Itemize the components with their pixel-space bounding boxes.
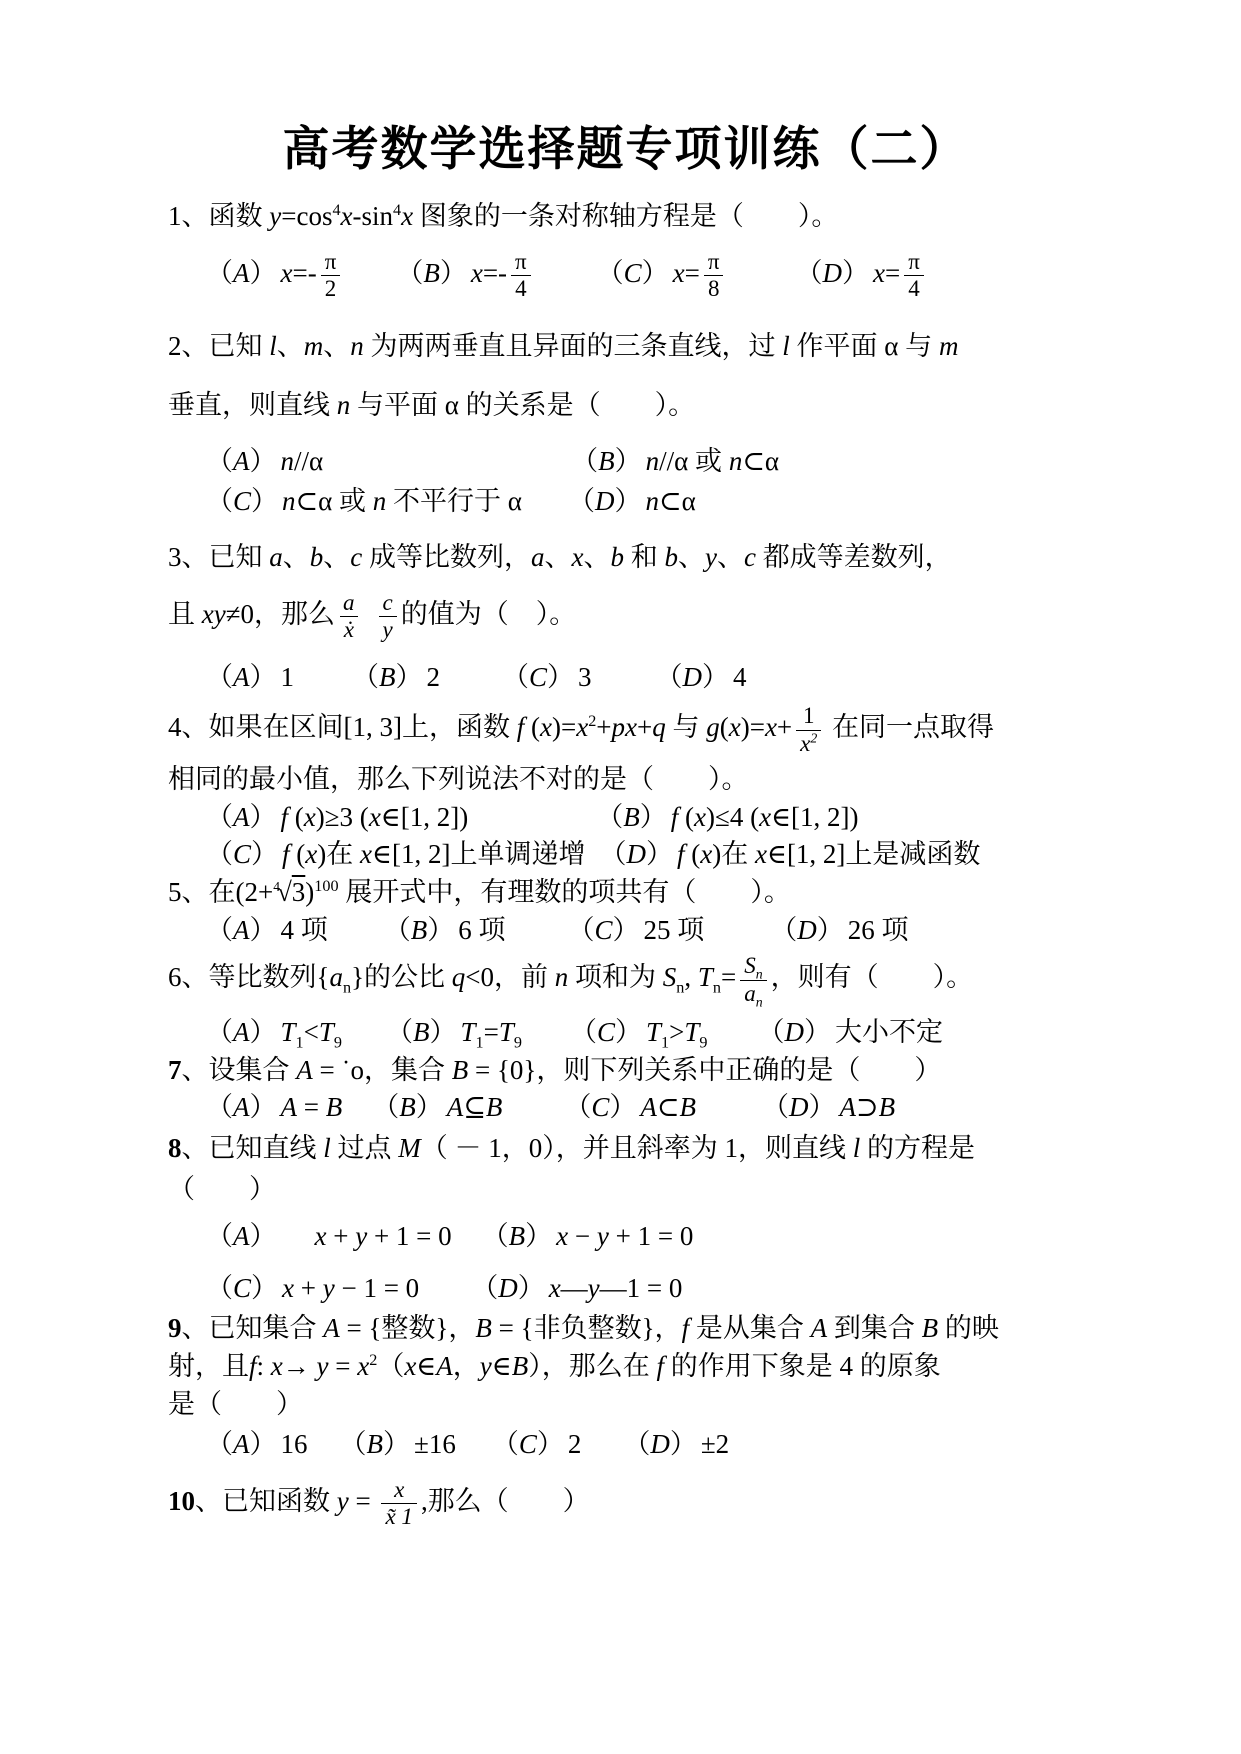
text-run: = — [349, 1486, 378, 1516]
math-var: x — [281, 258, 293, 288]
text-run: ⊂α 或 — [296, 486, 373, 516]
option-label: （D） — [770, 915, 844, 945]
text-run: 、 — [323, 542, 350, 572]
math-var: b — [664, 542, 678, 572]
option-label: （A） — [206, 258, 277, 288]
text-run: 过点 — [331, 1133, 399, 1163]
text-run: 、 — [283, 542, 310, 572]
radical: 4√3 — [273, 877, 305, 907]
math-var: x — [357, 1351, 369, 1381]
text-run: ( — [524, 712, 540, 742]
math-var: x — [315, 1221, 327, 1251]
text-run: 、 — [678, 542, 705, 572]
math-var: A — [323, 1313, 340, 1343]
text-run: 是从集合 — [689, 1313, 811, 1343]
spacer — [522, 509, 568, 510]
math-var: A — [640, 1092, 657, 1122]
math-var: f — [282, 839, 290, 869]
text-run: 图象的一条对称轴方程是（ ）。 — [413, 201, 838, 231]
q3-stem-line1: 3、已知 a、b、c 成等比数列，a、x、b 和 b、y、c 都成等差数列， — [168, 540, 1083, 576]
math-var: B — [879, 1092, 896, 1122]
q9-stem-line3: 是（ ） — [168, 1387, 1083, 1423]
option-label: （A） — [206, 1017, 277, 1047]
math-var: y — [337, 1486, 349, 1516]
q9-stem-line1: 9、已知集合 A = {整数}，B = {非负整数}，f 是从集合 A 到集合 … — [168, 1311, 1083, 1347]
text-run: )= — [552, 712, 576, 742]
math-var: T — [684, 1017, 699, 1047]
q4-options-cd: （C）f (x)在 x∈[1, 2]上单调递增（D）f (x)在 x∈[1, 2… — [168, 837, 1083, 873]
math-var: x — [341, 201, 353, 231]
option-label: （B） — [340, 1429, 411, 1459]
math-var: x — [282, 1273, 294, 1303]
question-number: 7 — [168, 1055, 182, 1085]
text-run: 25 项 — [644, 915, 705, 945]
math-var: x — [873, 258, 885, 288]
option-label: （A） — [206, 915, 277, 945]
option-label: （C） — [502, 662, 574, 692]
text-run: — — [561, 1273, 588, 1303]
text-run: =- — [292, 258, 316, 288]
spacer — [581, 1452, 623, 1453]
q2-stem-line2: 垂直，则直线 n 与平面 α 的关系是（ ）。 — [168, 388, 1083, 424]
text-run: 、 — [544, 542, 571, 572]
text-run: 在同一点取得 — [825, 712, 994, 742]
text-run: ≠0，那么 — [226, 599, 335, 629]
text-run: )在 — [712, 839, 755, 869]
math-var: T — [460, 1017, 475, 1047]
text-run: 26 项 — [848, 915, 909, 945]
text-run: )= — [741, 712, 765, 742]
text-run: 的值为（ ）。 — [401, 599, 577, 629]
text-run: 2、已知 — [168, 331, 269, 361]
text-run: -sin — [353, 201, 394, 231]
question-number: 9 — [168, 1313, 182, 1343]
math-var: f — [657, 1351, 665, 1381]
fraction: aẋ — [339, 590, 359, 644]
text-run: 展开式中，有理数的项共有（ ）。 — [339, 877, 791, 907]
math-var: B — [475, 1313, 492, 1343]
subscript: 9 — [699, 1033, 707, 1051]
math-var: px — [612, 712, 637, 742]
text-run: 的映 — [938, 1313, 999, 1343]
spacer — [522, 1040, 570, 1041]
text-run: ∈[1, 2]) — [771, 802, 858, 832]
option-label: （B） — [384, 915, 455, 945]
spacer — [363, 622, 375, 623]
text-run: （ － 1，0），并且斜率为 1，则直线 — [421, 1133, 853, 1163]
q8-stem-line2: （ ） — [168, 1172, 1083, 1208]
text-run: 、 — [583, 542, 610, 572]
math-var: c — [744, 542, 756, 572]
text-run: 3 — [578, 662, 592, 692]
math-var: x — [404, 1351, 416, 1381]
math-var: m — [304, 331, 324, 361]
superscript: 4 — [332, 201, 340, 219]
spacer — [468, 825, 596, 826]
text-run: 6、等比数列{ — [168, 962, 329, 992]
spacer — [502, 1115, 564, 1116]
q9-stem-line2: 射，且f: x→ y = x2（x∈A，y∈B），那么在 f 的作用下象是 4 … — [168, 1349, 1083, 1385]
option-label: （A） — [206, 446, 277, 476]
math-var: x — [576, 712, 588, 742]
math-var: y — [597, 1221, 609, 1251]
text-run: )在 — [317, 839, 360, 869]
text-run: = — [484, 1017, 499, 1047]
text-run: ( — [720, 712, 729, 742]
text-run: ⊆ — [463, 1092, 486, 1122]
spacer — [440, 685, 502, 686]
math-var: n — [337, 390, 351, 420]
q1-stem: 1、函数 y=cos4x-sin4x 图象的一条对称轴方程是（ ）。 — [168, 199, 1083, 235]
math-var: n — [373, 486, 387, 516]
text-run: ∈[1, 2]上单调递增 — [372, 839, 585, 869]
text-run: （ ） — [168, 1174, 276, 1204]
q9-options: （A）16（B）±16（C）2（D）±2 — [168, 1427, 1083, 1463]
text-run: + 1 = 0 — [367, 1221, 451, 1251]
spacer — [323, 469, 571, 470]
fraction: xx̃ 1 — [381, 1477, 416, 1531]
text-run: 和 — [624, 542, 665, 572]
math-var: a — [329, 962, 343, 992]
subscript: n — [713, 979, 721, 997]
fraction: Snan — [740, 953, 766, 1007]
math-var: x — [360, 839, 372, 869]
text-run: 不平行于 α — [386, 486, 522, 516]
math-var: y — [588, 1273, 600, 1303]
option-label: （B） — [571, 446, 642, 476]
math-var: T — [698, 962, 713, 992]
text-run: = — [297, 1092, 326, 1122]
question-number: 8 — [168, 1133, 182, 1163]
math-var: y — [705, 542, 717, 572]
text-run: ,那么（ ） — [421, 1486, 590, 1516]
math-var: n — [555, 962, 569, 992]
spacer — [456, 1452, 492, 1453]
text-run: //α 或 — [659, 446, 729, 476]
math-var: A — [436, 1351, 453, 1381]
subscript: 9 — [334, 1033, 342, 1051]
math-var: x — [305, 839, 317, 869]
fraction: π2 — [321, 249, 341, 303]
spacer — [535, 281, 597, 282]
text-run: 射，且 — [168, 1351, 249, 1381]
math-var: x — [700, 839, 712, 869]
text-run: ， — [453, 1351, 480, 1381]
q1-options: （A）x=-π2（B）x=-π4（C）x=π8（D）x=π4 — [168, 249, 1083, 303]
option-label: （D） — [568, 486, 642, 516]
math-var: n — [281, 446, 295, 476]
text-run: }的公比 — [351, 962, 452, 992]
text-run: = {非负整数}， — [492, 1313, 682, 1343]
math-var: x — [571, 542, 583, 572]
q8-stem-line1: 8、已知直线 l 过点 M（ － 1，0），并且斜率为 1，则直线 l 的方程是 — [168, 1131, 1083, 1167]
math-var: f — [249, 1351, 257, 1381]
math-var: A — [281, 1092, 298, 1122]
subscript: 1 — [661, 1033, 669, 1051]
math-var: T — [319, 1017, 334, 1047]
text-run: 是（ ） — [168, 1389, 303, 1419]
text-run: + — [637, 712, 652, 742]
option-label: （D） — [623, 1429, 697, 1459]
math-var: B — [922, 1313, 939, 1343]
math-var: b — [310, 542, 324, 572]
text-run: 大小不定 — [835, 1017, 943, 1047]
math-var: x — [471, 258, 483, 288]
math-var: g — [706, 712, 720, 742]
math-var: x — [556, 1221, 568, 1251]
text-run: 为两两垂直且异面的三条直线，过 — [364, 331, 783, 361]
text-run: 与 — [666, 712, 707, 742]
math-var: l — [782, 331, 790, 361]
text-run: = — [721, 962, 736, 992]
text-run: + — [326, 1221, 355, 1251]
text-run: 、已知函数 — [195, 1486, 337, 1516]
text-run: − 1 = 0 — [335, 1273, 419, 1303]
text-run: ⊂α — [659, 486, 696, 516]
spacer — [281, 1244, 315, 1245]
text-run: )≤4 ( — [706, 802, 759, 832]
math-var: xy — [202, 599, 226, 629]
math-var: A — [296, 1055, 313, 1085]
math-var: a — [531, 542, 545, 572]
q10-stem: 10、已知函数 y = xx̃ 1,那么（ ） — [168, 1477, 1083, 1531]
option-label: （C） — [570, 1017, 642, 1047]
text-run: = {整数}， — [340, 1313, 476, 1343]
math-var: y — [269, 201, 281, 231]
math-var: n — [646, 446, 660, 476]
text-run: 16 — [281, 1429, 308, 1459]
option-label: （B） — [386, 1017, 457, 1047]
text-run: <0，前 — [465, 962, 554, 992]
math-var: q — [452, 962, 466, 992]
text-run: 、 — [323, 331, 350, 361]
q4-stem-line2: 相同的最小值，那么下列说法不对的是（ ）。 — [168, 762, 1083, 798]
text-run: ) — [305, 877, 314, 907]
math-var: A — [840, 1092, 857, 1122]
text-run: 、设集合 — [182, 1055, 297, 1085]
spacer — [344, 281, 396, 282]
text-run: ±2 — [701, 1429, 729, 1459]
math-var: T — [499, 1017, 514, 1047]
text-run: ∈[1, 2]) — [381, 802, 468, 832]
text-run: 相同的最小值，那么下列说法不对的是（ ）。 — [168, 764, 749, 794]
option-label: （C） — [206, 1273, 278, 1303]
exam-page: 高考数学选择题专项训练（二） 1、函数 y=cos4x-sin4x 图象的一条对… — [0, 0, 1241, 1754]
option-label: （A） — [206, 802, 277, 832]
math-var: l — [323, 1133, 331, 1163]
math-var: A — [811, 1313, 828, 1343]
q2-options-ab: （A）n//α（B）n//α 或 n⊂α — [168, 444, 1083, 480]
math-var: n — [282, 486, 296, 516]
text-run: < — [304, 1017, 319, 1047]
text-run: + 1 = 0 — [609, 1221, 693, 1251]
spacer — [294, 685, 352, 686]
text-run: ⊃ — [856, 1092, 879, 1122]
option-label: （C） — [206, 839, 278, 869]
option-label: （D） — [757, 1017, 831, 1047]
text-run: 、 — [277, 331, 304, 361]
text-run: 1、函数 — [168, 201, 269, 231]
text-run: 作平面 α 与 — [790, 331, 939, 361]
math-var: a — [269, 542, 283, 572]
text-run: = — [885, 258, 900, 288]
text-run: 2 — [427, 662, 441, 692]
option-label: （A） — [206, 1092, 277, 1122]
q7-stem: 7、设集合 A = ˙o，集合 B = {0}，则下列关系中正确的是（ ） — [168, 1053, 1083, 1089]
text-run: 1 — [281, 662, 295, 692]
math-var: x — [694, 802, 706, 832]
text-run: 6 项 — [458, 915, 505, 945]
option-label: （C） — [492, 1429, 564, 1459]
math-var: c — [350, 542, 362, 572]
math-var: T — [646, 1017, 661, 1047]
math-var: q — [652, 712, 666, 742]
math-var: y — [480, 1351, 492, 1381]
math-var: f — [682, 1313, 690, 1343]
math-var: B — [452, 1055, 469, 1085]
math-var: y — [355, 1221, 367, 1251]
math-var: B — [486, 1092, 503, 1122]
fraction: π8 — [704, 249, 724, 303]
option-label: （A） — [206, 1429, 277, 1459]
spacer — [707, 1040, 757, 1041]
text-run: 4、如果在区间[1, 3]上，函数 — [168, 712, 517, 742]
math-var: x — [540, 712, 552, 742]
spacer — [342, 1040, 386, 1041]
text-run: + — [777, 712, 792, 742]
option-label: （C） — [206, 486, 278, 516]
superscript: 100 — [314, 877, 338, 895]
math-var: n — [645, 486, 659, 516]
math-var: B — [512, 1351, 529, 1381]
text-run: 成等比数列， — [362, 542, 531, 572]
text-run: ，则有（ ）。 — [771, 962, 974, 992]
subscript: n — [343, 979, 351, 997]
math-var: b — [610, 542, 624, 572]
math-var: A — [447, 1092, 464, 1122]
text-run: 2 — [568, 1429, 582, 1459]
math-var: x — [271, 1351, 283, 1381]
text-run: = ˙o，集合 — [313, 1055, 452, 1085]
text-run: + — [596, 712, 611, 742]
option-label: （D） — [796, 258, 870, 288]
math-var: B — [680, 1092, 697, 1122]
spacer — [696, 1115, 762, 1116]
fraction: π4 — [511, 249, 531, 303]
math-var: n — [350, 331, 364, 361]
option-label: （B） — [596, 802, 667, 832]
text-run: ( — [684, 839, 700, 869]
q3-options: （A）1（B）2（C）3（D）4 — [168, 660, 1083, 696]
spacer — [506, 938, 568, 939]
text-run: = — [329, 1351, 358, 1381]
text-run: + — [294, 1273, 323, 1303]
superscript: 4 — [393, 201, 401, 219]
text-run: 3、已知 — [168, 542, 269, 572]
math-var: x — [755, 839, 767, 869]
math-var: y — [323, 1273, 335, 1303]
math-var: B — [326, 1092, 343, 1122]
math-var: x — [401, 201, 413, 231]
text-run: ∈ — [492, 1351, 512, 1381]
option-label: （D） — [762, 1092, 836, 1122]
q6-stem: 6、等比数列{an}的公比 q<0，前 n 项和为 Sn, Tn=Snan，则有… — [168, 953, 1083, 1007]
text-run: =- — [483, 258, 507, 288]
spacer — [308, 1452, 340, 1453]
q4-stem-line1: 4、如果在区间[1, 3]上，函数 f (x)=x2+px+q 与 g(x)=x… — [168, 703, 1083, 757]
text-run: 、已知直线 — [182, 1133, 324, 1163]
text-run: 的作用下象是 4 的原象 — [664, 1351, 941, 1381]
spacer — [419, 1296, 471, 1297]
text-run: 项和为 — [568, 962, 663, 992]
text-run: ⊂α — [742, 446, 779, 476]
math-var: x — [673, 258, 685, 288]
math-var: l — [269, 331, 277, 361]
text-run: 的方程是 — [860, 1133, 975, 1163]
option-label: （C） — [564, 1092, 636, 1122]
option-label: （C） — [597, 258, 669, 288]
text-run: = — [685, 258, 700, 288]
text-run: （ — [377, 1351, 404, 1381]
text-run: 5、在(2+ — [168, 877, 273, 907]
math-var: M — [398, 1133, 421, 1163]
text-run: : — [257, 1351, 271, 1381]
option-label: （B） — [396, 258, 467, 288]
text-run: , — [684, 962, 698, 992]
option-label: （C） — [568, 915, 640, 945]
text-run: → — [283, 1351, 317, 1381]
math-var: x — [759, 802, 771, 832]
q5-stem: 5、在(2+4√3)100 展开式中，有理数的项共有（ ）。 — [168, 875, 1083, 911]
q3-stem-line2: 且 xy≠0，那么aẋcy的值为（ ）。 — [168, 590, 1083, 644]
text-run: − — [568, 1221, 597, 1251]
text-run: ( — [288, 802, 304, 832]
q2-stem-line1: 2、已知 l、m、n 为两两垂直且异面的三条直线，过 l 作平面 α 与 m — [168, 329, 1083, 365]
text-run: 到集合 — [827, 1313, 922, 1343]
text-run: = {0}，则下列关系中正确的是（ ） — [468, 1055, 941, 1085]
math-var: x — [765, 712, 777, 742]
q6-options: （A）T1<T9（B）T1=T9（C）T1>T9（D）大小不定 — [168, 1015, 1083, 1051]
text-run: )≥3 ( — [316, 802, 369, 832]
fraction: π4 — [904, 249, 924, 303]
math-var: S — [663, 962, 677, 992]
option-label: （A） — [206, 662, 277, 692]
q7-options: （A）A = B（B）A⊆B（C）A⊂B（D）A⊃B — [168, 1090, 1083, 1126]
spacer — [328, 938, 384, 939]
text-run: ⊂ — [657, 1092, 680, 1122]
math-var: T — [281, 1017, 296, 1047]
q8-options-ab: （A）x + y + 1 = 0（B）x − y + 1 = 0 — [168, 1219, 1083, 1255]
question-number: 10 — [168, 1486, 195, 1516]
option-label: （B） — [482, 1221, 553, 1251]
option-label: （B） — [352, 662, 423, 692]
spacer — [592, 685, 656, 686]
text-run: 都成等差数列， — [756, 542, 952, 572]
q4-options-ab: （A）f (x)≥3 (x∈[1, 2])（B）f (x)≤4 (x∈[1, 2… — [168, 800, 1083, 836]
subscript: 9 — [514, 1033, 522, 1051]
fraction: 1x2 — [796, 703, 821, 757]
text-run: ( — [290, 839, 306, 869]
spacer — [342, 1115, 372, 1116]
text-run: ∈ — [416, 1351, 436, 1381]
text-run: =cos — [281, 201, 332, 231]
text-run: > — [669, 1017, 684, 1047]
q8-options-cd: （C）x + y − 1 = 0（D）x—y—1 = 0 — [168, 1271, 1083, 1307]
math-var: f — [281, 802, 289, 832]
subscript: 1 — [296, 1033, 304, 1051]
math-var: n — [729, 446, 743, 476]
math-var: y — [317, 1351, 329, 1381]
